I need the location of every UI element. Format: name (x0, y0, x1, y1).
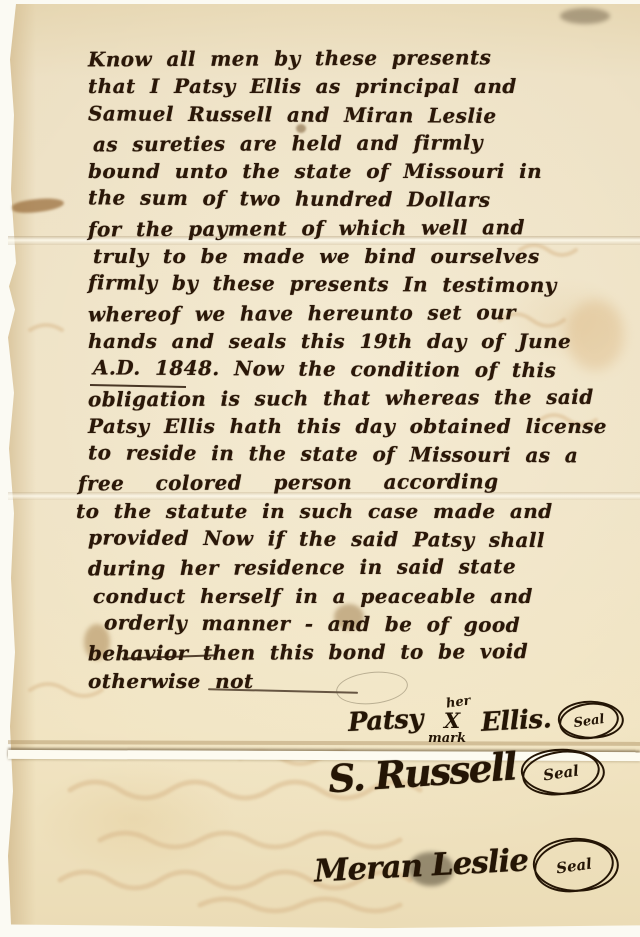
mark-label-mark: mark (428, 732, 466, 745)
manuscript-line: provided Now if the said Patsy shall (88, 523, 628, 555)
manuscript-line: conduct herself in a peaceable and (93, 582, 628, 610)
her-mark-x: her X mark (433, 696, 471, 745)
signature-row-russell: S. Russell Seal (328, 750, 600, 795)
manuscript-line: Patsy Ellis hath this day obtained licen… (88, 412, 628, 440)
mark-label-her: her (445, 694, 471, 710)
document-scan: Know all men by these presents that I Pa… (0, 0, 640, 937)
manuscript-line: A.D. 1848. Now the condition of this (93, 354, 628, 386)
signature-name: Meran Leslie (313, 842, 529, 889)
signature-row-patsy-ellis: Patsy her X mark Ellis. Seal (348, 696, 619, 745)
manuscript-line: free colored person according (78, 467, 628, 498)
manuscript-text: Know all men by these presents that I Pa… (88, 44, 628, 695)
manuscript-line: whereof we have hereunto set our (88, 297, 628, 328)
manuscript-line: behavior then this bond to be void (88, 637, 628, 668)
manuscript-line: bound unto the state of Missouri in (88, 157, 628, 185)
manuscript-line: orderly manner - and be of good (104, 608, 628, 639)
seal-label: Seal (573, 711, 606, 730)
seal-label: Seal (555, 855, 593, 878)
signature-last-name: Ellis. (480, 704, 552, 738)
x-mark: X (444, 710, 460, 731)
manuscript-line: during her residence in said state (88, 552, 628, 583)
manuscript-line: as sureties are held and firmly (93, 127, 628, 158)
manuscript-line: that I Patsy Ellis as principal and (88, 72, 628, 100)
manuscript-line: the sum of two hundred Dollars (88, 184, 628, 216)
manuscript-line: to reside in the state of Missouri as a (88, 439, 628, 471)
signature-row-leslie: Meran Leslie Seal (314, 840, 614, 892)
seal-flourish: Seal (531, 835, 617, 898)
signature-first-name: Patsy (347, 704, 423, 738)
manuscript-line: to the statute in such case made and (76, 497, 628, 525)
manuscript-line: Samuel Russell and Miran Leslie (88, 99, 628, 131)
seal-flourish: Seal (519, 745, 602, 799)
manuscript-line: truly to be made we bind ourselves (93, 242, 628, 270)
seal-label: Seal (542, 761, 580, 784)
manuscript-line: Know all men by these presents (88, 43, 628, 74)
signature-name: S. Russell (327, 744, 517, 802)
manuscript-line: for the payment of which well and (88, 212, 628, 243)
seal-flourish: Seal (557, 699, 621, 743)
manuscript-line: hands and seals this 19th day of June (88, 327, 628, 355)
manuscript-line: firmly by these presents In testimony (88, 269, 628, 301)
